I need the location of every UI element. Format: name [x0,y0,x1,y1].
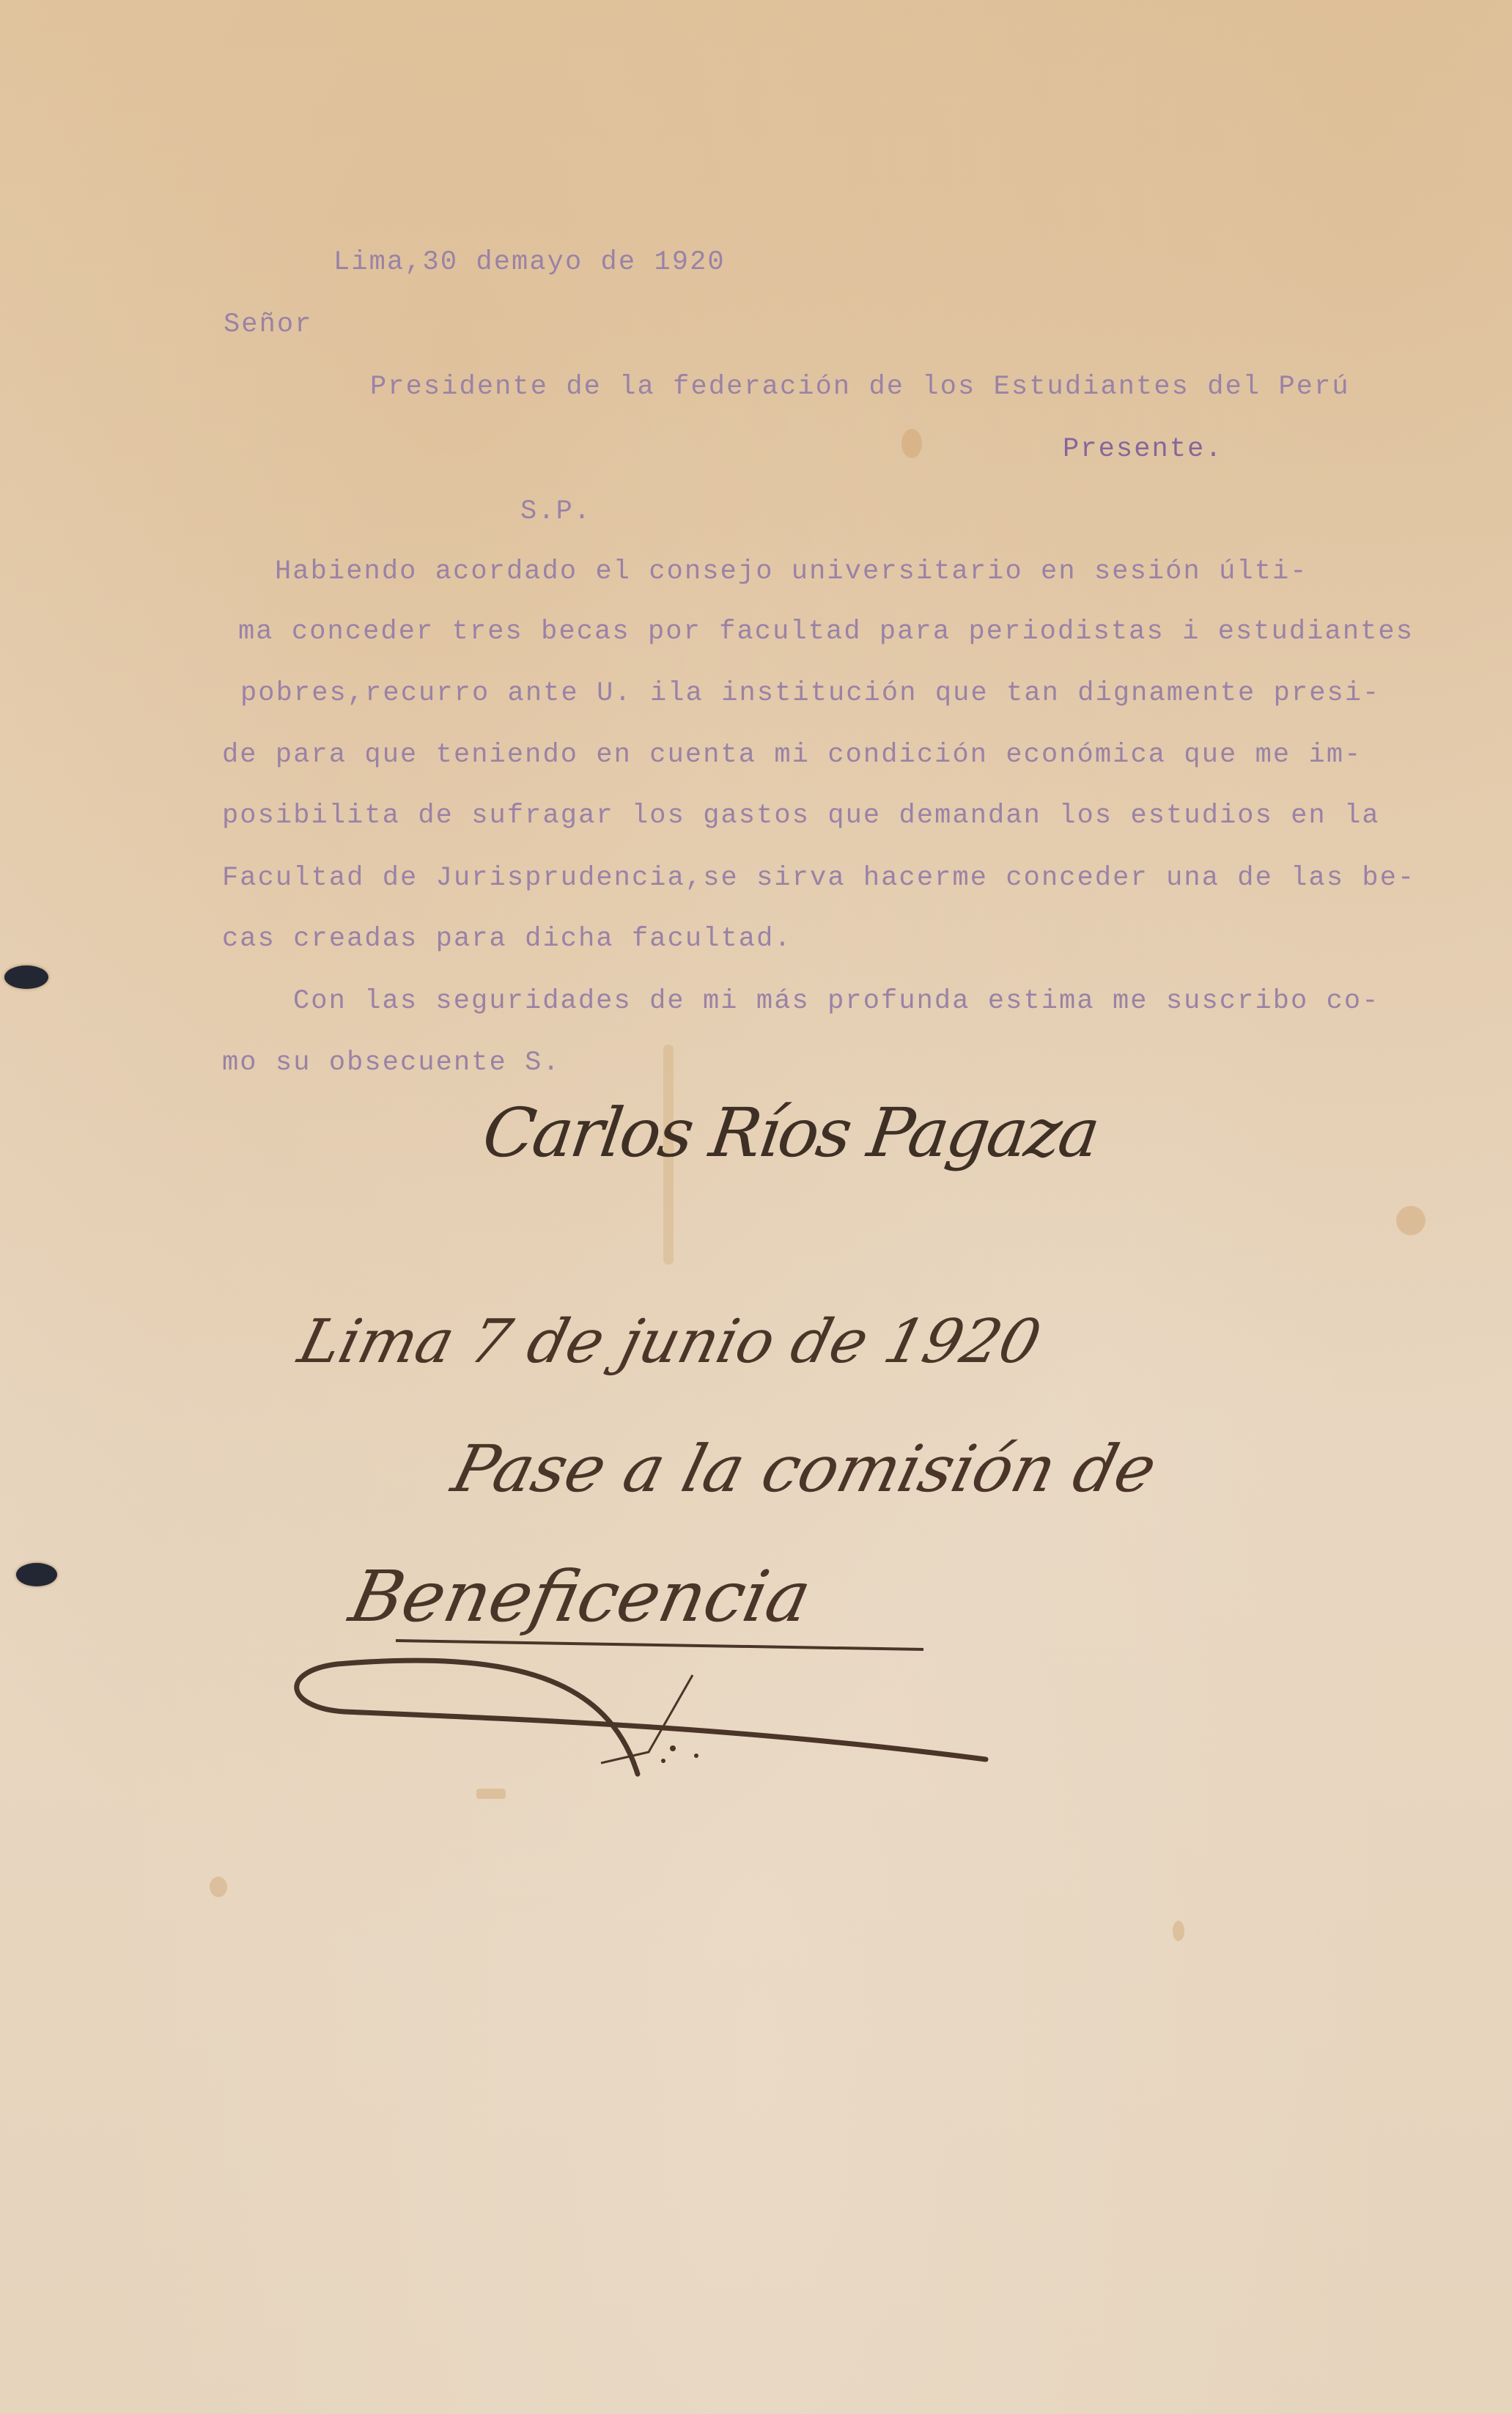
document-page: Lima,30 demayo de 1920 Señor Presidente … [0,0,1512,2414]
rubric-flourish-icon [0,0,1512,2414]
